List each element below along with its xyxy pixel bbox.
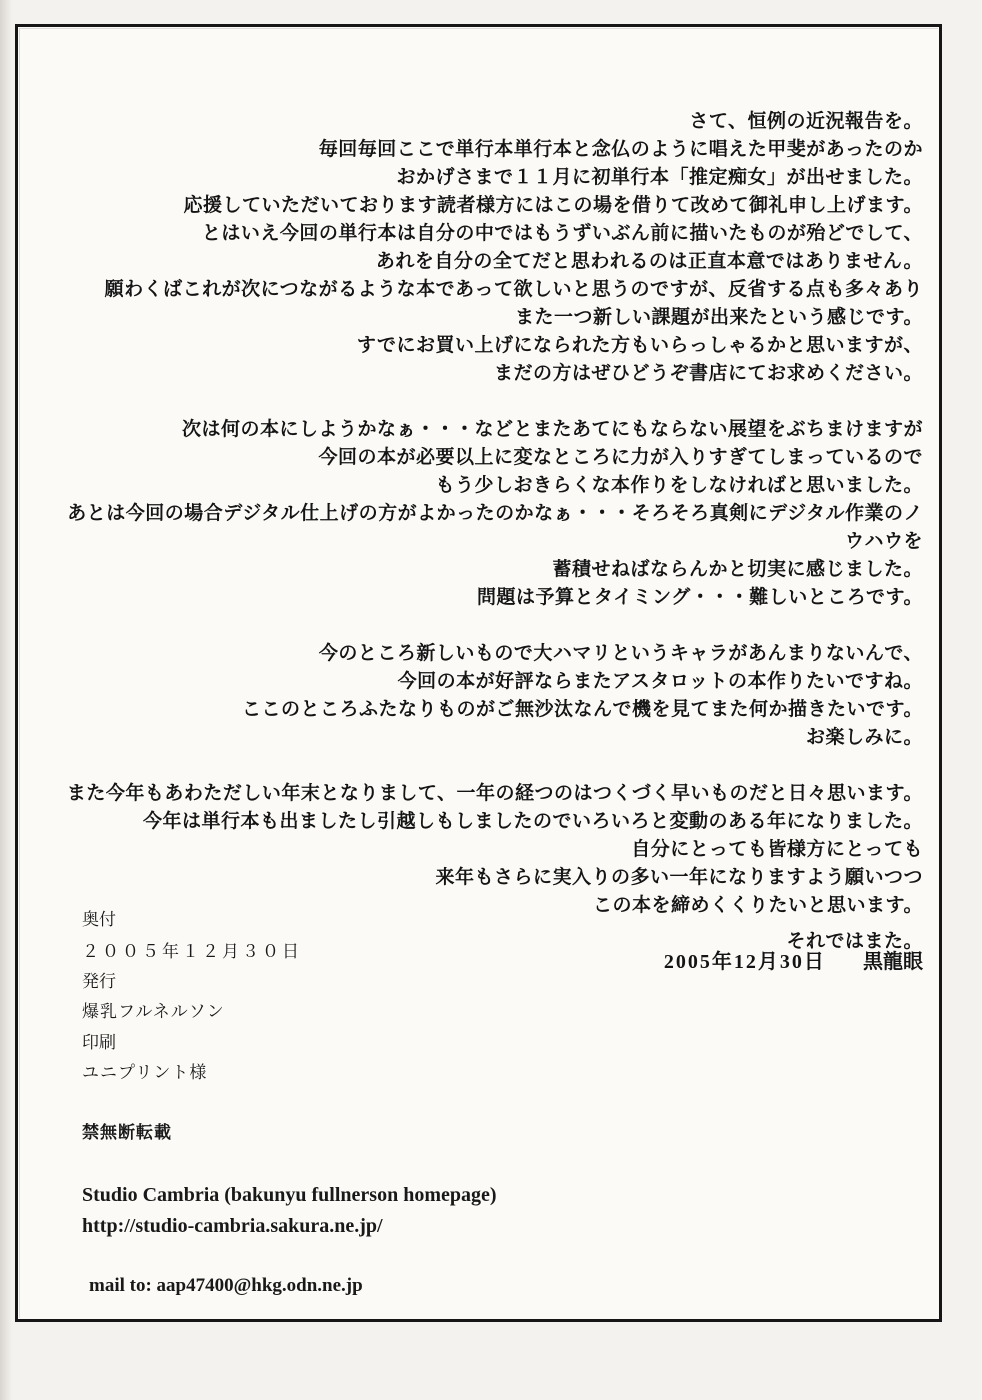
- date-signature-line: 2005年12月30日 黒龍眼: [664, 945, 923, 974]
- afterword-line: 願わくばこれが次につながるような本であって欲しいと思うのですが、反省する点も多々…: [48, 275, 923, 303]
- afterword-text-block: さて、恒例の近況報告を。毎回毎回ここで単行本単行本と念仏のように唱えた甲斐があっ…: [48, 107, 923, 955]
- afterword-line: お楽しみに。: [48, 723, 923, 751]
- homepage-url: http://studio-cambria.sakura.ne.jp/: [82, 1215, 497, 1237]
- afterword-line: 来年もさらに実入りの多い一年になりますよう願いつつ: [48, 863, 923, 891]
- publisher-name: 爆乳フルネルソン: [82, 1001, 497, 1023]
- afterword-paragraph-4: また今年もあわただしい年末となりまして、一年の経つのはつくづく早いものだと日々思…: [48, 779, 923, 919]
- afterword-line: あれを自分の全てだと思われるのは正直本意ではありません。: [48, 247, 923, 275]
- afterword-line: 応援していただいております読者様方にはこの場を借りて改めて御礼申し上げます。: [48, 191, 923, 219]
- afterword-line: また今年もあわただしい年末となりまして、一年の経つのはつくづく早いものだと日々思…: [48, 779, 923, 807]
- afterword-line: もう少しおきらくな本作りをしなければと思いました。: [48, 471, 923, 499]
- publisher-label: 発行: [82, 971, 497, 993]
- afterword-line: 自分にとっても皆様方にとっても: [48, 835, 923, 863]
- author-pen-name: 黒龍眼: [863, 949, 923, 973]
- afterword-line: すでにお買い上げになられた方もいらっしゃるかと思いますが、: [48, 331, 923, 359]
- afterword-line: 次は何の本にしようかなぁ・・・などとまたあてにもならない展望をぶちまけますが: [48, 415, 923, 443]
- colophon-date: ２００５年１２月３０日: [82, 941, 497, 963]
- scanned-page: さて、恒例の近況報告を。毎回毎回ここで単行本単行本と念仏のように唱えた甲斐があっ…: [0, 0, 982, 1400]
- afterword-paragraph-3: 今のところ新しいもので大ハマリというキャラがあんまりないんで、今回の本が好評なら…: [48, 639, 923, 751]
- afterword-line: 蓄積せねばならんかと切実に感じました。: [48, 555, 923, 583]
- afterword-line: 今のところ新しいもので大ハマリというキャラがあんまりないんで、: [48, 639, 923, 667]
- afterword-line: おかげさまで１１月に初単行本「推定痴女」が出せました。: [48, 163, 923, 191]
- printer-label: 印刷: [82, 1032, 497, 1054]
- reproduction-prohibited-notice: 禁無断転載: [82, 1122, 497, 1144]
- publication-date: 2005年12月30日: [664, 951, 826, 973]
- afterword-line: 今回の本が好評ならまたアスタロットの本作りたいですね。: [48, 667, 923, 695]
- afterword-line: ここのところふたなりものがご無沙汰なんで機を見てまた何か描きたいです。: [48, 695, 923, 723]
- afterword-line: また一つ新しい課題が出来たという感じです。: [48, 303, 923, 331]
- studio-homepage-title: Studio Cambria (bakunyu fullnerson homep…: [82, 1184, 497, 1206]
- afterword-line: とはいえ今回の単行本は自分の中ではもうずいぶん前に描いたものが殆どでして、: [48, 219, 923, 247]
- afterword-line: さて、恒例の近況報告を。: [48, 107, 923, 135]
- page-border-frame: さて、恒例の近況報告を。毎回毎回ここで単行本単行本と念仏のように唱えた甲斐があっ…: [15, 24, 942, 1322]
- afterword-line: あとは今回の場合デジタル仕上げの方がよかったのかなぁ・・・そろそろ真剣にデジタル…: [48, 499, 923, 555]
- colophon-heading: 奥付: [82, 909, 497, 931]
- afterword-line: 今回の本が必要以上に変なところに力が入りすぎてしまっているので: [48, 443, 923, 471]
- colophon-block: 奥付 ２００５年１２月３０日 発行 爆乳フルネルソン 印刷 ユニプリント様 禁無…: [82, 909, 497, 1297]
- afterword-paragraph-1: さて、恒例の近況報告を。毎回毎回ここで単行本単行本と念仏のように唱えた甲斐があっ…: [48, 107, 923, 387]
- printer-name: ユニプリント様: [82, 1062, 497, 1084]
- contact-email: mail to: aap47400@hkg.odn.ne.jp: [89, 1275, 497, 1297]
- afterword-line: まだの方はぜひどうぞ書店にてお求めください。: [48, 359, 923, 387]
- afterword-paragraph-2: 次は何の本にしようかなぁ・・・などとまたあてにもならない展望をぶちまけますが今回…: [48, 415, 923, 611]
- afterword-line: 問題は予算とタイミング・・・難しいところです。: [48, 583, 923, 611]
- afterword-line: 毎回毎回ここで単行本単行本と念仏のように唱えた甲斐があったのか: [48, 135, 923, 163]
- afterword-line: 今年は単行本も出ましたし引越しもしましたのでいろいろと変動のある年になりました。: [48, 807, 923, 835]
